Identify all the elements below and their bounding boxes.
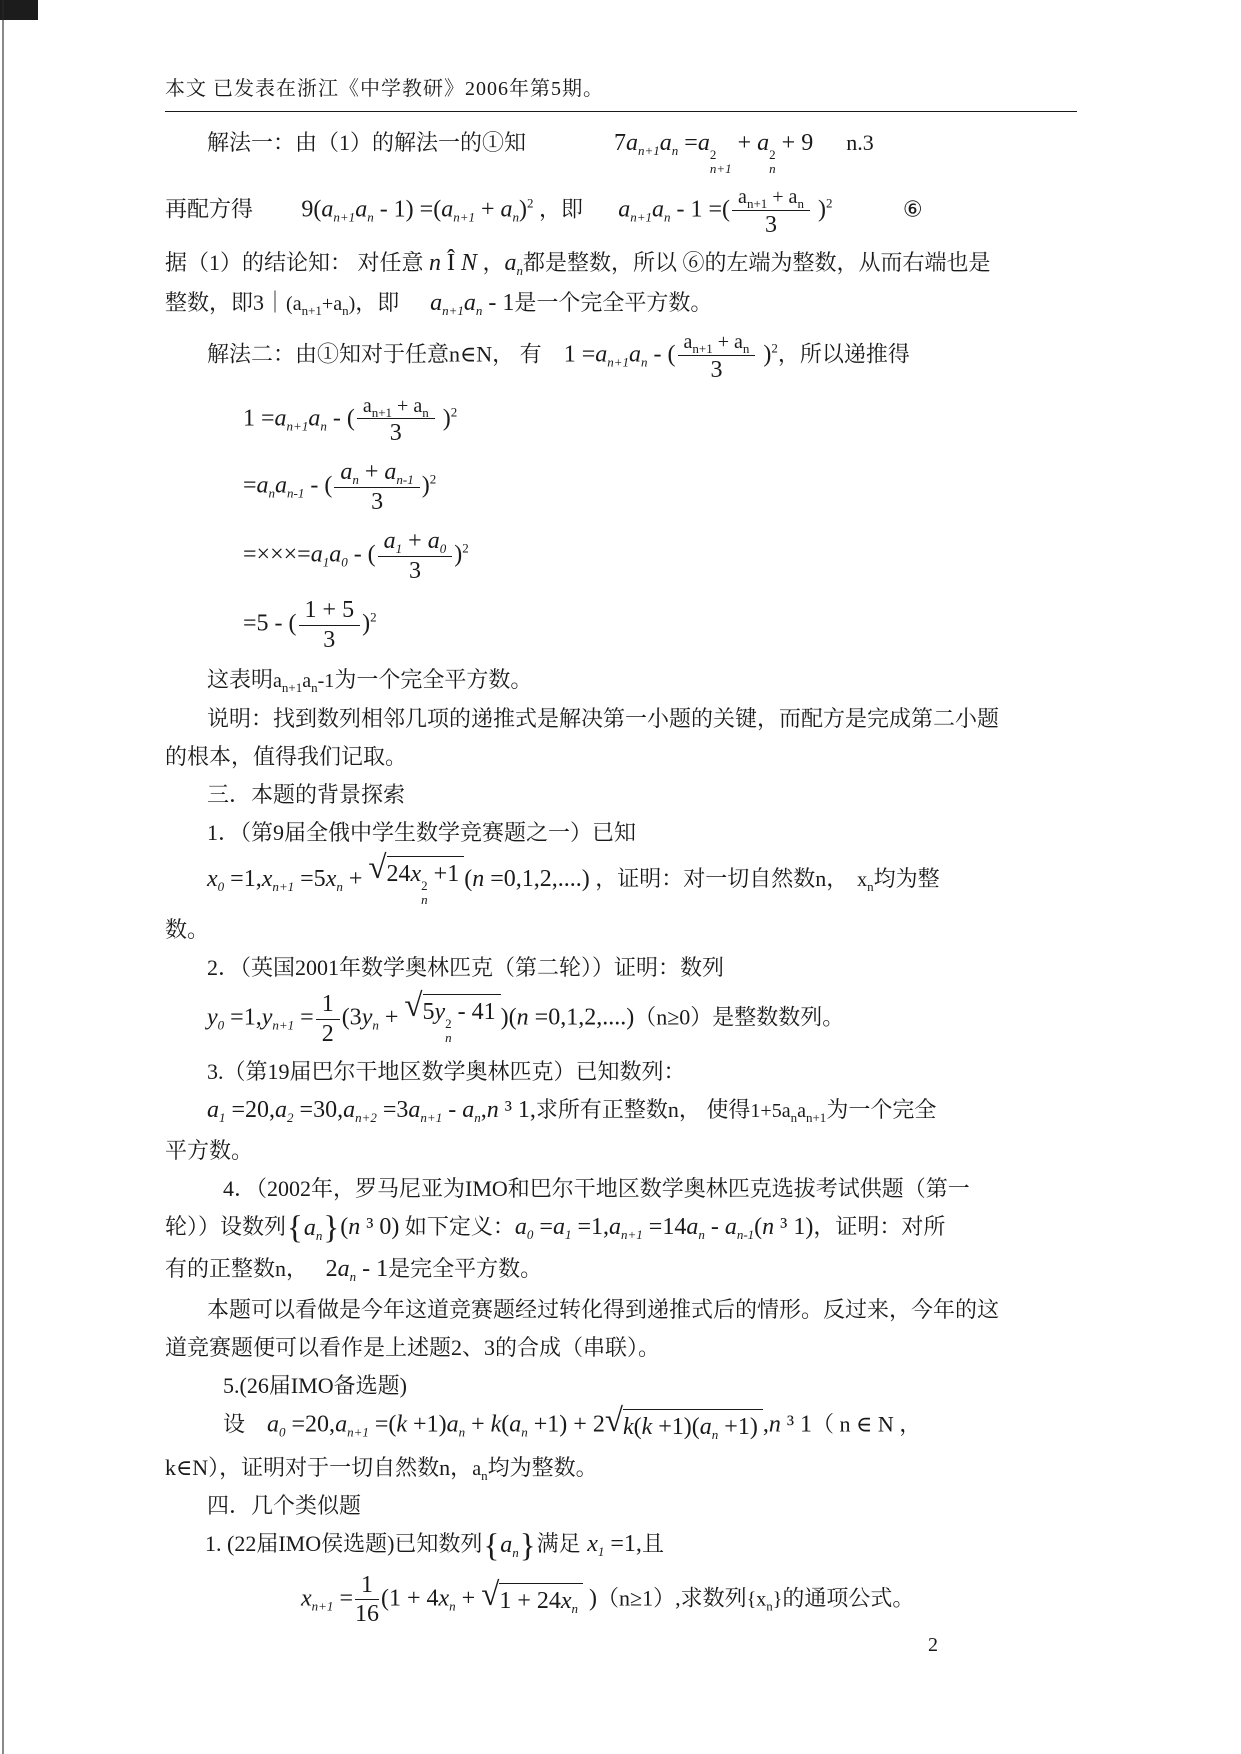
text-run: 这表明 [207, 667, 273, 692]
text-run: （n≥0）是整数数列。 [634, 1005, 844, 1030]
math-var: a [609, 1214, 621, 1240]
document-line: 设a0 =20,an+1 =(k +1)an + k(an +1) + 2√k(… [165, 1409, 1081, 1444]
text-run: 轮））设数列 [165, 1214, 286, 1239]
math-run: 2 [322, 1021, 334, 1047]
math-run: + [402, 528, 428, 554]
math-var: a [321, 197, 333, 223]
text-run: 均为整 [874, 866, 940, 891]
text-run: 为一个完全 [826, 1097, 936, 1122]
math-var: x [561, 1588, 572, 1614]
document-line: 道竞赛题便可以看作是上述题2、3的合成（串联）。 [165, 1333, 1081, 1362]
math-run: - [705, 1214, 725, 1240]
math-var: x [301, 1585, 312, 1611]
math-run: ³ 1) [774, 1214, 813, 1240]
text-run: ，所以递推得 [778, 341, 910, 366]
text-run: 道竞赛题便可以看作是上述题2、3的合成（串联）。 [165, 1335, 660, 1360]
math-subscript: n+1 [442, 303, 464, 318]
math-var: a [428, 528, 440, 554]
math-subscript: n+1 [282, 680, 302, 695]
math-run: + [456, 1585, 482, 1611]
math-run: +1) [407, 1411, 447, 1437]
math-var: x [439, 1585, 450, 1611]
text-run: 整数，即3｜ [165, 290, 286, 315]
math-run: 1 + 24 [499, 1588, 561, 1614]
math-run: =30, [294, 1097, 344, 1123]
text-run: （ n ∈ N ， [812, 1411, 921, 1436]
math-run: (1 + 4 [381, 1585, 439, 1611]
document-line: 据（1）的结论知： 对任意 n Î N ，an都是整数，所以 ⑥的左端为整数，从… [165, 248, 1081, 280]
math-var: n [487, 1097, 499, 1123]
math-run: =5 [294, 866, 326, 892]
math-run: = [294, 1005, 314, 1031]
math-var: a [343, 1097, 355, 1123]
math-var: a [725, 1214, 737, 1240]
text-run: 解法二：由①知对于任意n∈N， 有 [207, 341, 542, 366]
math-run: ) [757, 341, 771, 367]
math-run: ) [583, 1585, 597, 1611]
math-run: )( [501, 1005, 517, 1031]
math-run: - ( [348, 541, 376, 567]
math-run: 3 [371, 489, 383, 515]
math-var: a [408, 1097, 420, 1123]
math-var: a [441, 197, 453, 223]
math-fraction: a1 + a03 [378, 528, 453, 585]
math-roman: -1 [318, 670, 335, 692]
math-var: x [262, 866, 273, 892]
math-fraction: 12 [316, 991, 340, 1048]
math-var: a [505, 250, 517, 276]
math-run: 3 [409, 558, 421, 584]
document-line: 数。 [165, 915, 1081, 944]
math-subscript: n [422, 405, 429, 420]
math-subscript: n+1 [806, 1110, 826, 1125]
math-var: a [686, 1214, 698, 1240]
math-var: a [304, 1215, 316, 1241]
math-run: ³ 0) [360, 1214, 399, 1240]
text-run: 都是整数，所以 ⑥的左端为整数，从而右端也是 [523, 250, 991, 275]
math-run: = [533, 1214, 553, 1240]
math-run: ³ 1 [781, 1411, 812, 1437]
math-run: - ( [648, 341, 676, 367]
math-var: n [348, 1214, 360, 1240]
math-roman: ( [286, 293, 293, 315]
math-run: - ( [327, 405, 355, 431]
math-run: + [359, 459, 385, 485]
math-run: =×××= [243, 541, 311, 567]
math-var: a [462, 1097, 474, 1123]
math-var: a [626, 130, 638, 156]
math-var: x [587, 1531, 598, 1557]
text-run: n.3 [846, 130, 874, 155]
math-run: =3 [377, 1097, 409, 1123]
document-line: 2．（英国2001年数学奥林匹克（第二轮））证明：数列 [165, 953, 1081, 982]
math-run: + [475, 197, 501, 223]
math-subscript: n+1 [692, 341, 712, 356]
math-run: 3 [710, 357, 722, 383]
math-run: 16 [355, 1601, 379, 1627]
text-run: （n≥1）,求数列 [597, 1585, 747, 1610]
math-run: - 1 [482, 290, 514, 316]
math-run: ( [634, 1414, 642, 1440]
math-run: 1 [361, 1572, 373, 1598]
math-subscript: n-1 [396, 472, 413, 487]
math-subscript: n+1 [347, 1424, 369, 1439]
math-subscript: n+1 [420, 1110, 442, 1125]
text-run: ⑥ [903, 197, 923, 222]
math-run: ³ 1, [499, 1097, 536, 1123]
math-var: a [275, 1097, 287, 1123]
math-run: = [333, 1585, 353, 1611]
math-var: a [757, 130, 769, 156]
math-run: - 1 [356, 1256, 388, 1282]
radical-sign-icon: √ [404, 990, 422, 1023]
math-roman: a [797, 1100, 806, 1122]
radical-sign-icon: √ [481, 1579, 499, 1612]
math-fraction: an+1 + an3 [732, 184, 810, 239]
math-subscript: n+1 [372, 405, 392, 420]
math-var: a [335, 1411, 347, 1437]
document-line: 这表明an+1an-1为一个完全平方数。 [165, 665, 1081, 694]
math-var: k [623, 1414, 634, 1440]
math-subscript: n+1 [302, 303, 322, 318]
math-var: a [340, 459, 352, 485]
document-line: a1 =20,a2 =30,an+2 =3an+1 - an,n ³ 1,求所有… [165, 1095, 1081, 1127]
math-run: + [379, 1005, 405, 1031]
math-run: 24 [387, 861, 411, 887]
math-var: a [660, 130, 672, 156]
text-run: 说明：找到数列相邻几项的递推式是解决第一小题的关键，而配方是完成第二小题 [207, 706, 999, 731]
math-var: a [267, 1411, 279, 1437]
document-body: 解法一：由（1）的解法一的①知7an+1an =a2n+1 + a2n + 9n… [165, 128, 1081, 1637]
math-roman: a [293, 293, 302, 315]
math-subscript: n+1 [747, 196, 767, 211]
math-var: k [491, 1411, 502, 1437]
math-var: a [329, 541, 341, 567]
math-var: x [411, 861, 422, 887]
math-run: ) [422, 473, 430, 499]
document-line: 的根本，值得我们记取。 [165, 742, 1081, 771]
math-var: a [595, 341, 607, 367]
math-run: 3 [765, 212, 777, 238]
text-run: ，即 [534, 197, 584, 222]
math-var: n [762, 1214, 774, 1240]
math-run: - [442, 1097, 462, 1123]
math-fraction: an + an-13 [334, 459, 419, 516]
math-run: + [465, 1411, 491, 1437]
math-var: a [207, 1097, 219, 1123]
math-var: a [257, 473, 269, 499]
math-var: a [384, 459, 396, 485]
math-roman: a [302, 670, 311, 692]
math-run: +1 [428, 861, 460, 887]
math-var: n [429, 250, 441, 276]
text-run: k∈N），证明对于一切自然数n， [165, 1455, 472, 1480]
radical-sign-icon: √ [605, 1405, 623, 1438]
text-run: 且 [642, 1531, 664, 1556]
math-var: y [435, 999, 446, 1025]
math-run: + 9 [776, 130, 814, 156]
math-roman: x [857, 869, 867, 891]
math-run: + [343, 866, 369, 892]
math-run: Î [441, 250, 461, 276]
math-fraction: an+1 + an3 [357, 393, 435, 448]
math-run: =( [369, 1411, 397, 1437]
math-subscript: n+1 [312, 1598, 334, 1613]
document-line: 有的正整数n，2an - 1是完全平方数。 [165, 1254, 1081, 1286]
math-superscript: 2 [826, 196, 833, 211]
text-run: ，证明：对所 [813, 1214, 945, 1239]
math-run: ) [812, 197, 826, 223]
text-run: 再配方得 [165, 197, 253, 222]
text-run: 为一个完全平方数。 [334, 667, 532, 692]
math-var: a [700, 1414, 712, 1440]
document-line: 说明：找到数列相邻几项的递推式是解决第一小题的关键，而配方是完成第二小题 [165, 704, 1081, 733]
math-var: a [698, 130, 710, 156]
math-run: 3 [390, 420, 402, 446]
math-var: a [500, 1532, 512, 1558]
text-run: 的根本，值得我们记取。 [165, 744, 407, 769]
text-run: 平方数。 [165, 1138, 253, 1163]
math-run: +1) + 2 [528, 1411, 605, 1437]
document-line: 1. (22届IMO侯选题)已知数列{an}满足x1 =1,且 [165, 1529, 1081, 1562]
math-var: y [362, 1005, 373, 1031]
math-roman: a [363, 395, 372, 417]
text-run: 三．本题的背景探索 [207, 782, 405, 807]
math-var: a [629, 341, 641, 367]
math-superscript: 2 [462, 540, 469, 555]
document-line: k∈N），证明对于一切自然数n，an均为整数。 [165, 1453, 1081, 1482]
math-subscript: n-1 [737, 1227, 754, 1242]
math-roman: {x [747, 1588, 767, 1610]
document-line: 3.（第19届巴尔干地区数学奥林匹克）已知数列： [165, 1057, 1081, 1086]
math-supsub: 2n+1 [710, 148, 732, 175]
math-subscript: n+1 [621, 1227, 643, 1242]
math-run: =1, [224, 866, 262, 892]
document-line: xn+1 =116(1 + 4xn + √1 + 24xn )（n≥1）,求数列… [165, 1572, 1081, 1629]
math-var: a [384, 528, 396, 554]
page: { "header": { "text": "本文 已发表在浙江《中学教研》20… [0, 0, 1241, 1754]
document-line: =anan-1 - (an + an-13)2 [165, 459, 1081, 516]
page-number: 2 [928, 1634, 938, 1657]
math-subscript: n [743, 341, 750, 356]
math-run: ) [519, 197, 527, 223]
text-run: 满足 [537, 1531, 581, 1556]
math-var: a [308, 405, 320, 431]
math-subscript: 0 [440, 541, 447, 556]
math-var: a [515, 1214, 527, 1240]
math-var: a [553, 1214, 565, 1240]
math-run: ( [340, 1214, 348, 1240]
document-line: 解法一：由（1）的解法一的①知7an+1an =a2n+1 + a2n + 9n… [165, 128, 1081, 175]
math-var: x [326, 866, 337, 892]
math-roman: + a [767, 186, 797, 208]
math-run: +1)( [652, 1414, 700, 1440]
math-var: a [652, 197, 664, 223]
math-run: - 41 [452, 999, 496, 1025]
math-radical: √k(k +1)(an +1) [605, 1409, 763, 1444]
math-roman: 1+5a [750, 1100, 790, 1122]
math-run: 1 [322, 991, 334, 1017]
math-subscript: n [572, 1601, 579, 1616]
document-line: x0 =1,xn+1 =5xn + √24x2n +1(n =0,1,2,...… [165, 856, 1081, 906]
document-line: 1．（第9届全俄中学生数学竞赛题之一）已知 [165, 818, 1081, 847]
math-roman: } [773, 1588, 783, 1610]
math-run: 7 [614, 130, 626, 156]
math-var: n [769, 1411, 781, 1437]
math-fraction: 116 [355, 1572, 379, 1629]
math-run: - 1) =( [374, 197, 442, 223]
text-run: 均为整数。 [488, 1455, 598, 1480]
header: 本文 已发表在浙江《中学教研》2006年第5期。 [165, 72, 1077, 112]
math-run: ) [362, 610, 370, 636]
math-run: 5 [423, 999, 435, 1025]
math-var: a [618, 197, 630, 223]
document-line: y0 =1,yn+1 =12(3yn + √5y2n - 41)(n =0,1,… [165, 991, 1081, 1048]
math-run: 3 [323, 627, 335, 653]
text-run: 1．（第9届全俄中学生数学竞赛题之一）已知 [207, 820, 636, 845]
math-run: 1 + 5 [305, 597, 355, 623]
math-run: 1 = [243, 405, 275, 431]
document-line: 轮））设数列{an}(n ³ 0) 如下定义：a0 =a1 =1,an+1 =1… [165, 1212, 1081, 1245]
math-subscript: n [797, 196, 804, 211]
math-radical: √24x2n +1 [368, 856, 464, 906]
math-subscript: n+1 [333, 210, 355, 225]
text-run: 据（1）的结论知： 对任意 [165, 250, 429, 275]
math-subscript: n+1 [638, 143, 660, 158]
math-fraction: 1 + 53 [299, 597, 361, 654]
math-run: = [678, 130, 698, 156]
math-run: 2 [326, 1256, 338, 1282]
document-line: 本题可以看做是今年这道竞赛题经过转化得到递推式后的情形。反过来，今年的这 [165, 1295, 1081, 1324]
document-line: 再配方得9(an+1an - 1) =(an+1 + an)2 ，即an+1an… [165, 184, 1081, 239]
math-var: k [642, 1414, 653, 1440]
math-run: (3 [342, 1005, 362, 1031]
math-fraction: an+1 + an3 [678, 329, 756, 384]
text-run: ，即 [355, 290, 399, 315]
math-superscript: 2 [370, 609, 377, 624]
math-subscript: n+1 [607, 354, 629, 369]
math-roman: a [273, 670, 282, 692]
document-line: 5.(26届IMO备选题) [165, 1371, 1081, 1400]
math-run: =1, [571, 1214, 609, 1240]
math-run: =1, [224, 1005, 262, 1031]
math-var: n [472, 866, 484, 892]
text-run: ，证明：对一切自然数n， [590, 866, 849, 891]
math-var: a [447, 1411, 459, 1437]
scan-artifact-corner [0, 0, 38, 20]
math-superscript: 2 [451, 404, 458, 419]
text-run: 3.（第19届巴尔干地区数学奥林匹克）已知数列： [207, 1059, 686, 1084]
math-var: a [509, 1411, 521, 1437]
math-var: N [461, 250, 477, 276]
math-var: y [207, 1005, 218, 1031]
math-run: =5 - ( [243, 610, 297, 636]
math-var: a [464, 290, 476, 316]
math-braced-sequence: {an} [482, 1530, 536, 1563]
text-run: 设 [223, 1411, 245, 1436]
text-run: ， [477, 250, 505, 275]
math-braced-sequence: {an} [286, 1212, 340, 1245]
text-run: 的通项公式。 [782, 1585, 914, 1610]
math-radical: √1 + 24xn [481, 1583, 583, 1618]
text-run: 本题可以看做是今年这道竞赛题经过转化得到递推式后的情形。反过来，今年的这 [207, 1297, 999, 1322]
math-var: n [517, 1005, 529, 1031]
document-line: 整数，即3｜(an+1+an)，即an+1an - 1是一个完全平方数。 [165, 288, 1081, 320]
math-var: a [338, 1256, 350, 1282]
math-run: 1 = [564, 341, 596, 367]
math-subscript: n+2 [355, 1110, 377, 1125]
math-var: a [275, 405, 287, 431]
math-var: a [501, 197, 513, 223]
text-run: 有的正整数n， [165, 1256, 308, 1281]
text-run: 数。 [165, 917, 209, 942]
document-line: 三．本题的背景探索 [165, 780, 1081, 809]
math-roman: +a [322, 293, 342, 315]
math-roman: + a [392, 395, 422, 417]
math-run: =0,1,2,....) [529, 1005, 635, 1031]
math-run: =0,1,2,....) [484, 866, 590, 892]
math-run: +1) [718, 1414, 758, 1440]
math-var: y [262, 1005, 273, 1031]
math-roman: + a [713, 331, 743, 353]
math-var: k [396, 1411, 407, 1437]
text-run: 是完全平方数。 [388, 1256, 542, 1281]
math-run: =14 [643, 1214, 687, 1240]
text-run: 2．（英国2001年数学奥林匹克（第二轮））证明：数列 [207, 955, 724, 980]
math-subscript: n+1 [272, 879, 294, 894]
radical-sign-icon: √ [368, 852, 386, 885]
math-run: ( [754, 1214, 762, 1240]
math-subscript: n+1 [453, 210, 475, 225]
document-line: =×××=a1a0 - (a1 + a03)2 [165, 528, 1081, 585]
math-var: a [355, 197, 367, 223]
math-run: - ( [304, 473, 332, 499]
text-run: 如下定义： [399, 1214, 515, 1239]
text-run: 5.(26届IMO备选题) [223, 1373, 407, 1398]
math-run: + [732, 130, 758, 156]
math-var: x [207, 866, 218, 892]
text-run: 求所有正整数n， 使得 [536, 1097, 751, 1122]
header-text: 本文 已发表在浙江《中学教研》2006年第5期。 [165, 78, 604, 100]
scan-artifact-left-edge [2, 0, 4, 1754]
text-run: 是一个完全平方数。 [514, 290, 712, 315]
math-roman: a [472, 1458, 481, 1480]
math-subscript: n+1 [630, 210, 652, 225]
math-var: a [430, 290, 442, 316]
document-line: 平方数。 [165, 1136, 1081, 1165]
math-run: ) [437, 405, 451, 431]
document-line: 4．（2002年，罗马尼亚为IMO和巴尔干地区数学奥林匹克选拔考试供题（第一 [165, 1174, 1081, 1203]
math-run: = [243, 473, 257, 499]
math-run: 9( [301, 197, 321, 223]
document-line: 解法二：由①知对于任意n∈N， 有1 =an+1an - (an+1 + an3… [165, 329, 1081, 384]
math-run: =1, [604, 1531, 642, 1557]
document-line: 四．几个类似题 [165, 1491, 1081, 1520]
math-var: a [311, 541, 323, 567]
text-run: 四．几个类似题 [207, 1493, 361, 1518]
text-run: 解法一：由（1）的解法一的①知 [207, 130, 526, 155]
text-run: 1. (22届IMO侯选题)已知数列 [205, 1531, 482, 1556]
document-line: 1 =an+1an - (an+1 + an3 )2 [165, 393, 1081, 448]
document-line: =5 - (1 + 53)2 [165, 597, 1081, 654]
math-subscript: n-1 [287, 486, 304, 501]
math-radical: √5y2n - 41 [404, 994, 500, 1044]
math-run: - 1 =( [671, 197, 731, 223]
math-roman: a [738, 186, 747, 208]
math-subscript: n+1 [287, 418, 309, 433]
math-run: =20, [286, 1411, 336, 1437]
text-run: 4．（2002年，罗马尼亚为IMO和巴尔干地区数学奥林匹克选拔考试供题（第一 [223, 1176, 970, 1201]
